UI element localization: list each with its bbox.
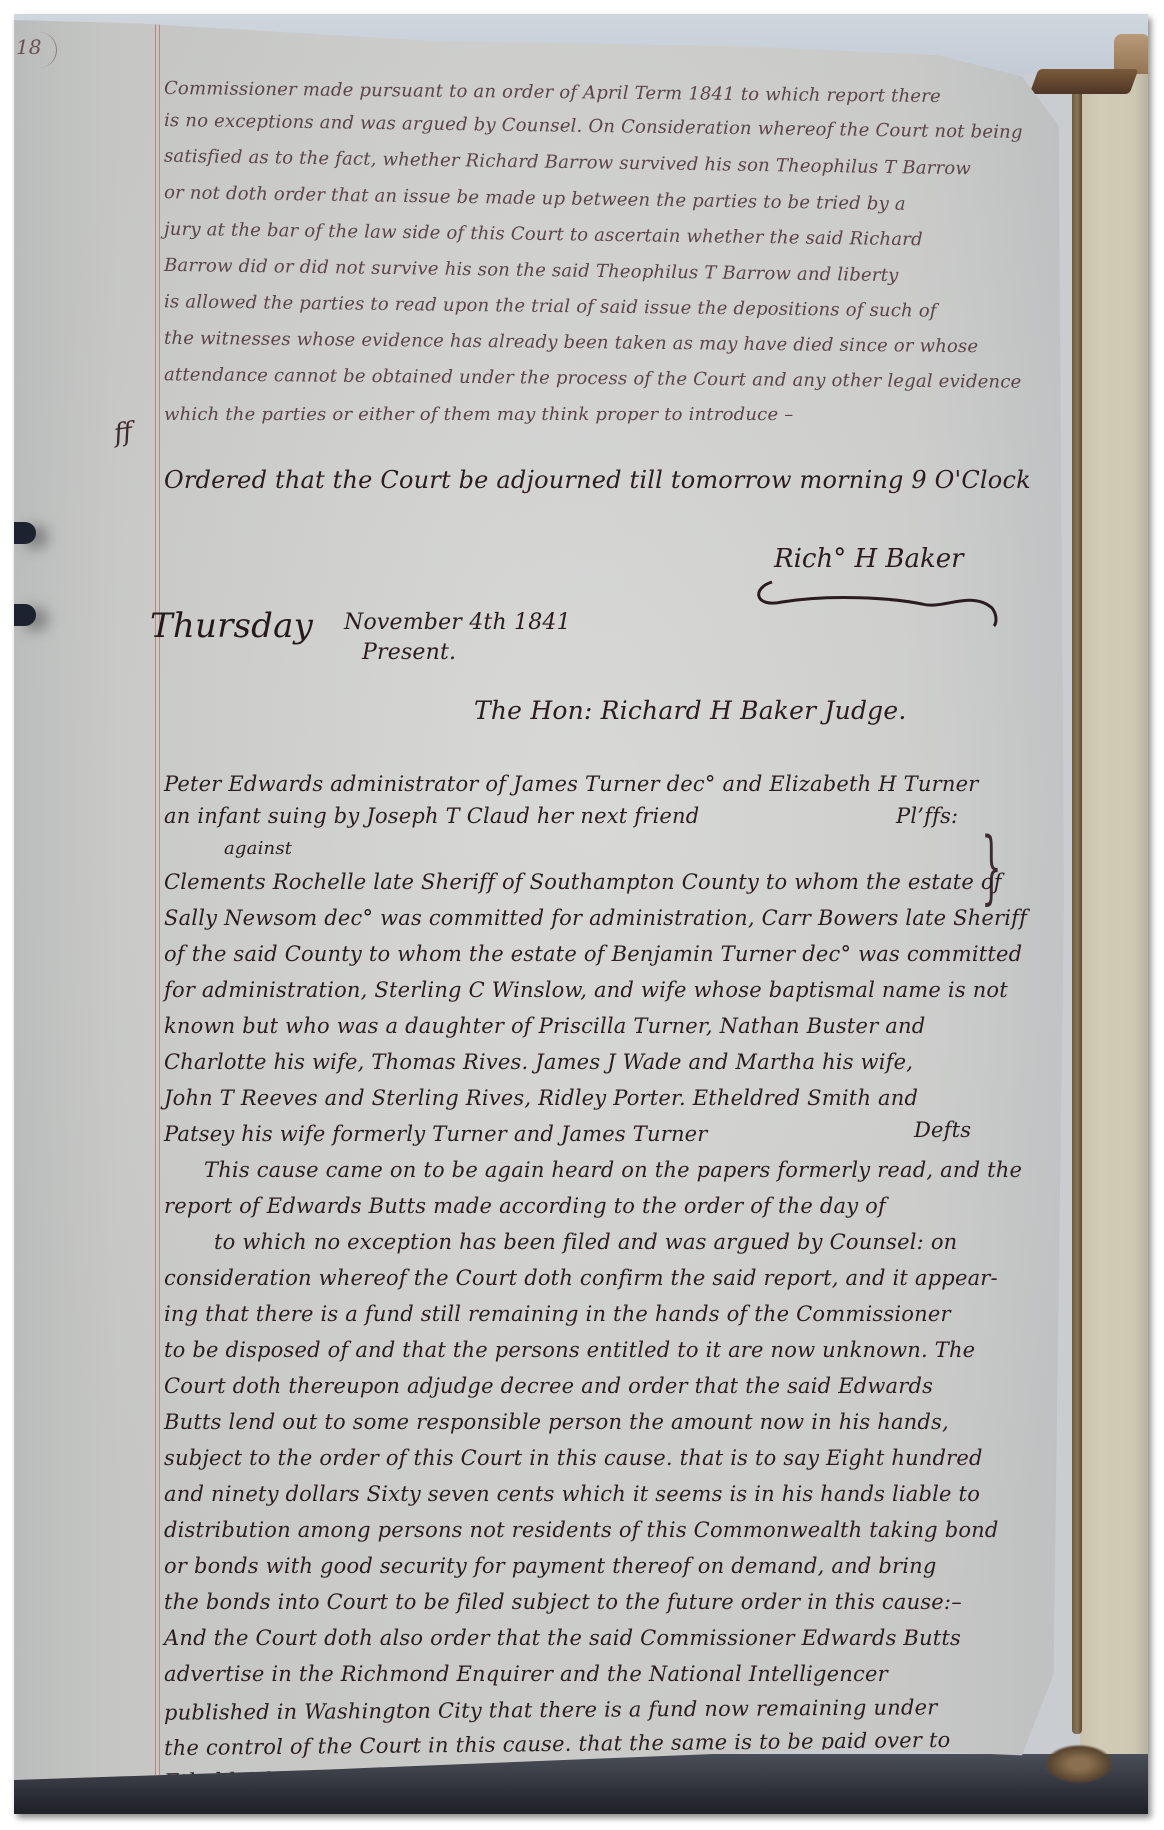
book-spine-edge (1072, 84, 1082, 1734)
signature-flourish-icon (752, 568, 1002, 628)
brace-icon: } (981, 820, 1001, 913)
defendant-line: John T Reeves and Sterling Rives, Ridley… (164, 1086, 918, 1110)
defendant-line: Sally Newsom dec° was committed for admi… (164, 906, 1027, 930)
defendant-line: known but who was a daughter of Priscill… (164, 1014, 925, 1038)
document-photograph: 18 ff Commissioner made pursuant to an o… (14, 14, 1148, 1814)
present-label: Present. (362, 640, 456, 665)
margin-rule (159, 20, 160, 1780)
plaintiff-line: an infant suing by Joseph T Claud her ne… (164, 804, 699, 828)
against-label: against (224, 838, 292, 859)
plaintiffs-label: Pl’ffs: (896, 804, 958, 828)
text-line: which the parties or either of them may … (164, 404, 793, 425)
facing-page-edge (1080, 74, 1148, 1754)
text-line: advertise in the Richmond Enquirer and t… (164, 1662, 888, 1686)
margin-rule (155, 20, 156, 1780)
adjournment-order: Ordered that the Court be adjourned till… (164, 466, 1031, 494)
text-line: Butts lend out to some responsible perso… (164, 1410, 949, 1434)
text-line: to be disposed of and that the persons e… (164, 1338, 975, 1362)
book-cover-top (1029, 69, 1138, 94)
page-number: 18 (14, 32, 57, 68)
binding-hole-icon (14, 604, 36, 626)
session-day: Thursday (150, 606, 313, 646)
text-line: or bonds with good security for payment … (164, 1554, 937, 1578)
defendant-line: of the said County to whom the estate of… (164, 942, 1022, 966)
defendant-line: Clements Rochelle late Sheriff of Southa… (164, 870, 1002, 894)
text-line: subject to the order of this Court in th… (164, 1446, 983, 1470)
presiding-judge: The Hon: Richard H Baker Judge. (474, 696, 907, 725)
defendant-line: Patsey his wife formerly Turner and Jame… (164, 1122, 708, 1146)
text-line: and ninety dollars Sixty seven cents whi… (164, 1482, 980, 1506)
text-line: to which no exception has been filed and… (214, 1230, 957, 1254)
defendants-label: Defts (914, 1118, 971, 1142)
ledger-page: 18 ff Commissioner made pursuant to an o… (14, 20, 1064, 1780)
defendant-line: Charlotte his wife, Thomas Rives. James … (164, 1050, 913, 1074)
session-date: November 4th 1841 (344, 610, 571, 635)
text-line: report of Edwards Butts made according t… (164, 1194, 886, 1218)
text-line: consideration whereof the Court doth con… (164, 1266, 998, 1290)
binding-hole-icon (14, 522, 36, 544)
text-line: And the Court doth also order that the s… (164, 1626, 961, 1650)
plaintiff-line: Peter Edwards administrator of James Tur… (164, 772, 978, 796)
text-line: distribution among persons not residents… (164, 1518, 999, 1542)
text-line: This cause came on to be again heard on … (204, 1158, 1022, 1182)
text-line: ing that there is a fund still remaining… (164, 1302, 951, 1326)
margin-mark: ff (112, 417, 134, 449)
text-line: the bonds into Court to be filed subject… (164, 1590, 962, 1614)
frayed-binding (1044, 1744, 1114, 1784)
text-line: Court doth thereupon adjudge decree and … (164, 1374, 933, 1398)
defendant-line: for administration, Sterling C Winslow, … (164, 978, 1008, 1002)
